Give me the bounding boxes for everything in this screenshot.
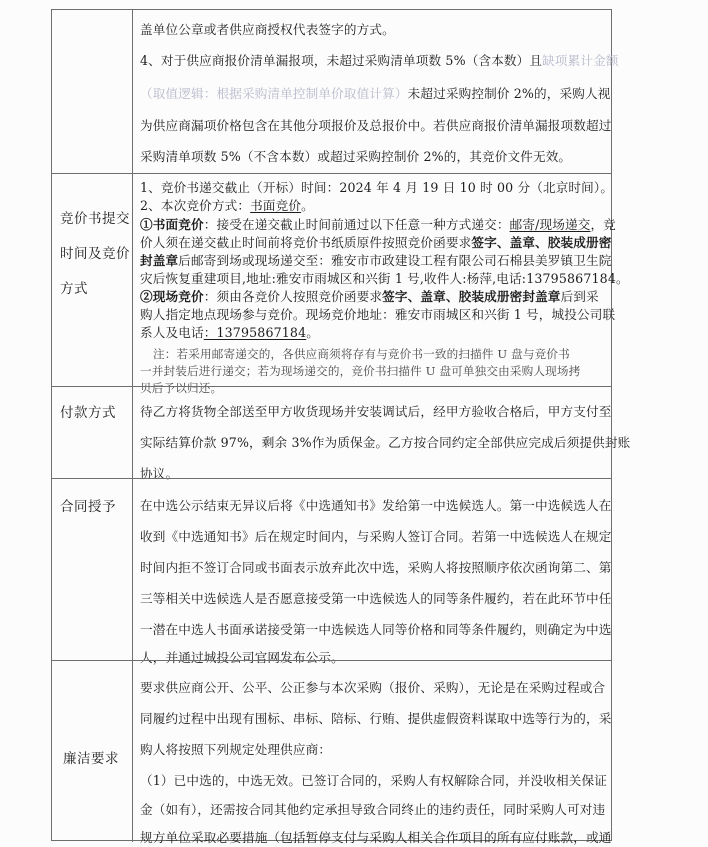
text-line: ①书面竞价：接受在递交截止时间前通过以下任意一种方式递交：邮寄/现场递交，竞 bbox=[140, 214, 605, 233]
deadline-line: 1、竞价书递交截止（开标）时间：2024 年 4 月 19 日 10 时 00 … bbox=[140, 177, 605, 196]
row-label: 时间及竞价 bbox=[60, 242, 130, 262]
text-line: 采购清单项数 5%（不含本数）或超过采购控制价 2%的，其竞价文件无效。 bbox=[140, 146, 605, 165]
text-span: 后到采 bbox=[561, 289, 599, 304]
text-line: 盖单位公章或者供应商授权代表签字的方式。 bbox=[140, 19, 605, 38]
row-content-cell: 1、竞价书递交截止（开标）时间：2024 年 4 月 19 日 10 时 00 … bbox=[133, 174, 611, 386]
note-line: 注：若采用邮寄递交的，各供应商须将存有与竞价书一致的扫描件 U 盘与竞价书 bbox=[153, 346, 605, 362]
bid-method-line: 2、本次竞价方式：书面竞价。 bbox=[140, 195, 605, 214]
text-span: 4、对于供应商报价清单漏报项，未超过采购清单项数 5%（含本数）且 bbox=[140, 53, 542, 68]
text-line: 要求供应商公开、公平、公正参与本次采购（报价、采购），无论是在采购过程或合 bbox=[140, 677, 605, 696]
bold-span: ②现场竞价 bbox=[140, 289, 204, 304]
procurement-terms-table: 盖单位公章或者供应商授权代表签字的方式。 4、对于供应商报价清单漏报项，未超过采… bbox=[51, 9, 612, 841]
text-span: 。 bbox=[301, 198, 314, 213]
bold-span: 封盖章 bbox=[140, 253, 178, 268]
scanned-document-page: 盖单位公章或者供应商授权代表签字的方式。 4、对于供应商报价清单漏报项，未超过采… bbox=[0, 0, 708, 847]
table-row-bid-submission: 竞价书提交 时间及竞价 方式 1、竞价书递交截止（开标）时间：2024 年 4 … bbox=[52, 173, 611, 386]
contact-line: 系人及电话：13795867184。 bbox=[140, 322, 605, 341]
row-content-cell: 盖单位公章或者供应商授权代表签字的方式。 4、对于供应商报价清单漏报项，未超过采… bbox=[133, 10, 611, 173]
bid-method-link: 书面竞价 bbox=[250, 198, 301, 213]
faint-text-span: 缺项累计金额 bbox=[542, 53, 618, 68]
bold-span: 签字、盖章、胶装成册密封盖章 bbox=[382, 289, 560, 304]
row-label: 竞价书提交 bbox=[60, 207, 130, 227]
text-line: （1）已中选的，中选无效。已签订合同的，采购人有权解除合同，并没收相关保证 bbox=[140, 770, 605, 789]
text-line: ②现场竞价：须由各竞价人按照竞价函要求签字、盖章、胶装成册密封盖章后到采 bbox=[140, 286, 605, 305]
text-line: 三等相关中选候选人是否愿意接受第一中选候选人的同等条件履约，若在此环节中任 bbox=[140, 588, 605, 607]
text-span: 未超过采购控制价 2%的，采购人视 bbox=[408, 86, 611, 101]
text-line: 4、对于供应商报价清单漏报项，未超过采购清单项数 5%（含本数）且缺项累计金额 bbox=[140, 50, 605, 69]
text-span: ：接受在递交截止时间前通过以下任意一种方式递交： bbox=[204, 217, 510, 232]
text-line: 同履约过程中出现有围标、串标、陪标、行贿、提供虚假资料谋取中选等行为的，采 bbox=[140, 708, 605, 727]
text-span: 价人须在递交截止时间前将竞价书纸质原件按照竞价函要求 bbox=[140, 235, 471, 250]
text-span: 2、本次竞价方式： bbox=[140, 198, 250, 213]
text-line: 收到《中选通知书》后在规定时间内，与采购人签订合同。若第一中选候选人在规定 bbox=[140, 526, 605, 545]
text-line: 规方单位采取必要措施（包括暂停支付与采购人相关合作项目的所有应付账款，或通 bbox=[140, 827, 605, 846]
underlined-span: 邮寄/现场递交 bbox=[510, 217, 591, 232]
text-line: （取值逻辑：根据采购清单控制单价取值计算）未超过采购控制价 2%的，采购人视 bbox=[140, 83, 605, 102]
text-line: 待乙方将货物全部送至甲方收货现场并安装调试后，经甲方验收合格后，甲方支付至 bbox=[140, 401, 605, 420]
text-line: 为供应商漏项价格包含在其他分项报价及总报价中。若供应商报价清单漏报项数超过 bbox=[140, 115, 605, 134]
address-line: 灾后恢复重建项目,地址:雅安市雨城区和兴街 1 号,收件人:杨萍,电话:1379… bbox=[140, 268, 605, 287]
row-content-cell: 在中选公示结束无异议后将《中选通知书》发给第一中选候选人。第一中选候选人在 收到… bbox=[133, 479, 611, 660]
text-span: ：须由各竞价人按照竞价函要求 bbox=[204, 289, 382, 304]
row-label-cell bbox=[52, 10, 133, 173]
row-label: 方式 bbox=[60, 277, 88, 297]
text-span: ，竞 bbox=[590, 217, 616, 232]
bold-span: ①书面竞价 bbox=[140, 217, 204, 232]
row-label-cell: 竞价书提交 时间及竞价 方式 bbox=[52, 174, 133, 386]
text-line: 购人将按照下列规定处理供应商： bbox=[140, 739, 605, 758]
text-span: 系人及电话 bbox=[140, 325, 204, 340]
table-row-contract-award: 合同授予 在中选公示结束无异议后将《中选通知书》发给第一中选候选人。第一中选候选… bbox=[52, 478, 611, 660]
table-row-payment: 付款方式 待乙方将货物全部送至甲方收货现场并安装调试后，经甲方验收合格后，甲方支… bbox=[52, 386, 611, 478]
bold-span: 签字、盖章、胶装成册密 bbox=[471, 235, 611, 250]
text-span: 后邮寄到场或现场递交至：雅安市市政建设工程有限公司石棉县美罗镇卫生院 bbox=[178, 253, 611, 268]
faint-text-span: （取值逻辑：根据采购清单控制单价取值计算） bbox=[140, 86, 408, 101]
text-line: 在中选公示结束无异议后将《中选通知书》发给第一中选候选人。第一中选候选人在 bbox=[140, 495, 605, 514]
row-label-cell: 廉洁要求 bbox=[52, 661, 133, 842]
text-line: 实际结算价款 97%，剩余 3%作为质保金。乙方按合同约定全部供应完成后须提供封… bbox=[140, 432, 605, 451]
text-line: 价人须在递交截止时间前将竞价书纸质原件按照竞价函要求签字、盖章、胶装成册密 bbox=[140, 232, 605, 251]
row-label-cell: 付款方式 bbox=[52, 387, 133, 478]
text-span: 。 bbox=[306, 325, 319, 340]
row-content-cell: 待乙方将货物全部送至甲方收货现场并安装调试后，经甲方验收合格后，甲方支付至 实际… bbox=[133, 387, 611, 478]
row-label: 廉洁要求 bbox=[63, 747, 119, 767]
text-line: 一潜在中选人书面承诺接受第一中选候选人同等价格和同等条件履约，则确定为中选 bbox=[140, 619, 605, 638]
row-label-cell: 合同授予 bbox=[52, 479, 133, 660]
phone-underlined: ：13795867184 bbox=[204, 325, 307, 340]
row-label: 付款方式 bbox=[60, 401, 116, 421]
text-line: 购人指定地点现场参与竞价。现场竞价地址：雅安市雨城区和兴街 1 号，城投公司联 bbox=[140, 304, 605, 323]
text-line: 封盖章后邮寄到场或现场递交至：雅安市市政建设工程有限公司石棉县美罗镇卫生院 bbox=[140, 250, 605, 269]
table-row-continuation: 盖单位公章或者供应商授权代表签字的方式。 4、对于供应商报价清单漏报项，未超过采… bbox=[52, 10, 611, 173]
note-line: 一并封装后进行递交；若为现场递交的，竞价书扫描件 U 盘可单独交由采购人现场拷 bbox=[140, 363, 605, 379]
table-row-integrity-requirements: 廉洁要求 要求供应商公开、公平、公正参与本次采购（报价、采购），无论是在采购过程… bbox=[52, 660, 611, 842]
row-content-cell: 要求供应商公开、公平、公正参与本次采购（报价、采购），无论是在采购过程或合 同履… bbox=[133, 661, 611, 842]
text-line: 金（如有），还需按合同其他约定承担导致合同终止的违约责任，同时采购人可对违 bbox=[140, 799, 605, 818]
text-line: 时间内拒不签订合同或书面表示放弃此次中选，采购人将按照顺序依次函询第二、第 bbox=[140, 557, 605, 576]
row-label: 合同授予 bbox=[60, 495, 116, 515]
